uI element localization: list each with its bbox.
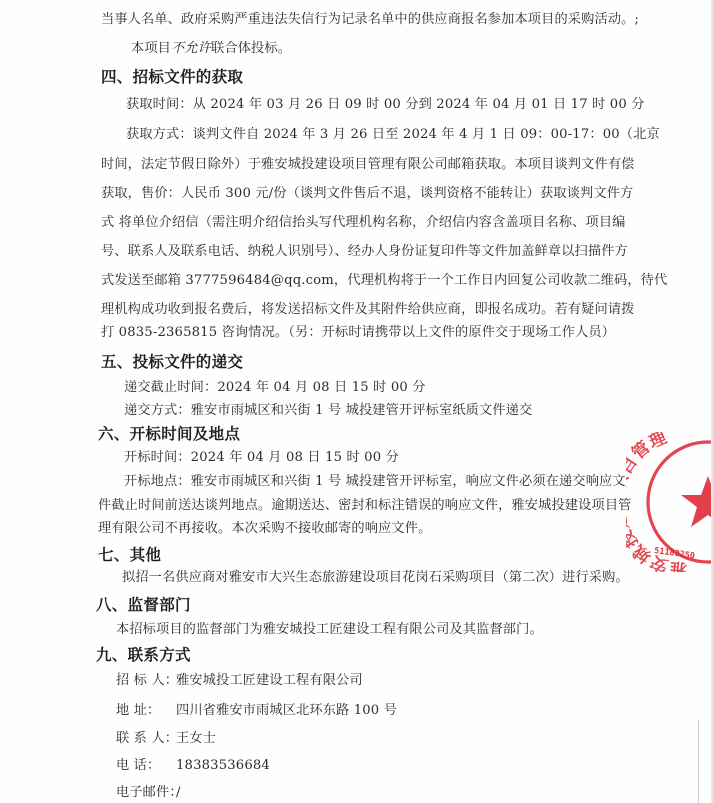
section-heading-4: 四、招标文件的获取 [101,68,243,86]
acquire-method-line: 式发送至邮箱 3777596484@qq.com，代理机构将于一个工作日内回复公… [101,273,667,289]
acquire-method-line: 式 将单位介绍信（需注明介绍信抬头写代理机构名称，介绍信内容含盖项目名称、项目编 [101,215,626,231]
consortium-prefix: 本项目 [131,41,171,56]
consortium-italic: 不允许 [171,41,211,56]
section-heading-7: 七、其他 [98,546,161,564]
acquire-time: 获取时间：从 2024 年 03 月 26 日 09 时 00 分到 2024 … [126,97,645,113]
contact-value: / [176,785,181,800]
contact-row-phone: 电 话：18383536684 [116,758,270,774]
section-heading-9: 九、联系方式 [96,646,191,664]
opening-location-line: 开标地点：雅安市雨城区和兴街 1 号 城投建管开评标室，响应文件必须在递交响应文 [124,474,626,490]
official-seal-icon: 雅安城投建设项目管理 51180250 [626,432,714,572]
acquire-method-line: 号、联系人及联系电话、纳税人识别号）、经办人身份证复印件等文件加盖鲜章以扫描件方 [101,244,628,260]
acquire-method-line: 时间，法定节假日除外）于雅安城投建设项目管理有限公司邮箱获取。本项目谈判文件有偿 [101,157,635,173]
consortium-suffix: 联合体投标。 [211,41,291,56]
contact-value: 王女士 [176,731,216,746]
contact-label: 电子邮件： [116,785,176,801]
acquire-method-line: 打 0835-2365815 咨询情况。（另：开标时请携带以上文件的原件交于现场… [101,325,615,341]
contact-label: 地 址： [116,703,176,719]
contact-label: 招 标 人： [116,673,176,689]
acquire-method-line: 获取，售价：人民币 300 元/份（谈判文件售后不退，谈判资格不能转让）获取谈判… [101,186,633,202]
contact-row-person: 联 系 人：王女士 [116,731,216,747]
contact-label: 联 系 人： [116,731,176,747]
contact-row-tenderer: 招 标 人：雅安城投工匠建设工程有限公司 [116,673,363,689]
document-page: 当事人名单、政府采购严重违法失信行为记录名单中的供应商报名参加本项目的采购活动。… [0,0,714,803]
opening-location-line: 理有限公司不再接收。本次采购不接收邮寄的响应文件。 [98,521,431,537]
contact-value: 18383536684 [176,758,270,773]
supervision-text: 本招标项目的监督部门为雅安城投工匠建设工程有限公司及其监督部门。 [116,622,543,638]
submission-method: 递交方式：雅安市雨城区和兴街 1 号 城投建管开评标室纸质文件递交 [124,403,532,419]
acquire-method-line: 获取方式：谈判文件自 2024 年 3 月 26 日至 2024 年 4 月 1… [126,127,660,143]
opening-time: 开标时间：2024 年 04 月 08 日 15 时 00 分 [124,450,399,466]
acquire-method-line: 理机构成功收到报名费后，将发送招标文件及其附件给供应商，即报名成功。若有疑问请拨 [101,302,635,318]
contact-value: 雅安城投工匠建设工程有限公司 [176,673,363,688]
contact-value: 四川省雅安市雨城区北环东路 100 号 [176,703,397,718]
other-text: 拟招一名供应商对雅安市大兴生态旅游建设项目花岗石采购项目（第二次）进行采购。 [122,570,629,586]
contact-row-email: 电子邮件：/ [116,785,181,801]
consortium-note: 本项目不允许联合体投标。 [131,41,291,57]
contact-row-address: 地 址：四川省雅安市雨城区北环东路 100 号 [116,703,397,719]
page-edge-shadow [698,720,699,803]
section-heading-5: 五、投标文件的递交 [101,353,243,371]
section-heading-6: 六、开标时间及地点 [98,425,240,443]
opening-location-line: 件截止时间前送达谈判地点。逾期送达、密封和标注错误的响应文件，雅安城投建设项目管 [98,498,632,514]
contact-label: 电 话： [116,758,176,774]
section-heading-8: 八、监督部门 [96,596,191,614]
continuation-line: 当事人名单、政府采购严重违法失信行为记录名单中的供应商报名参加本项目的采购活动。… [101,12,639,28]
submission-deadline: 递交截止时间：2024 年 04 月 08 日 15 时 00 分 [124,380,426,396]
